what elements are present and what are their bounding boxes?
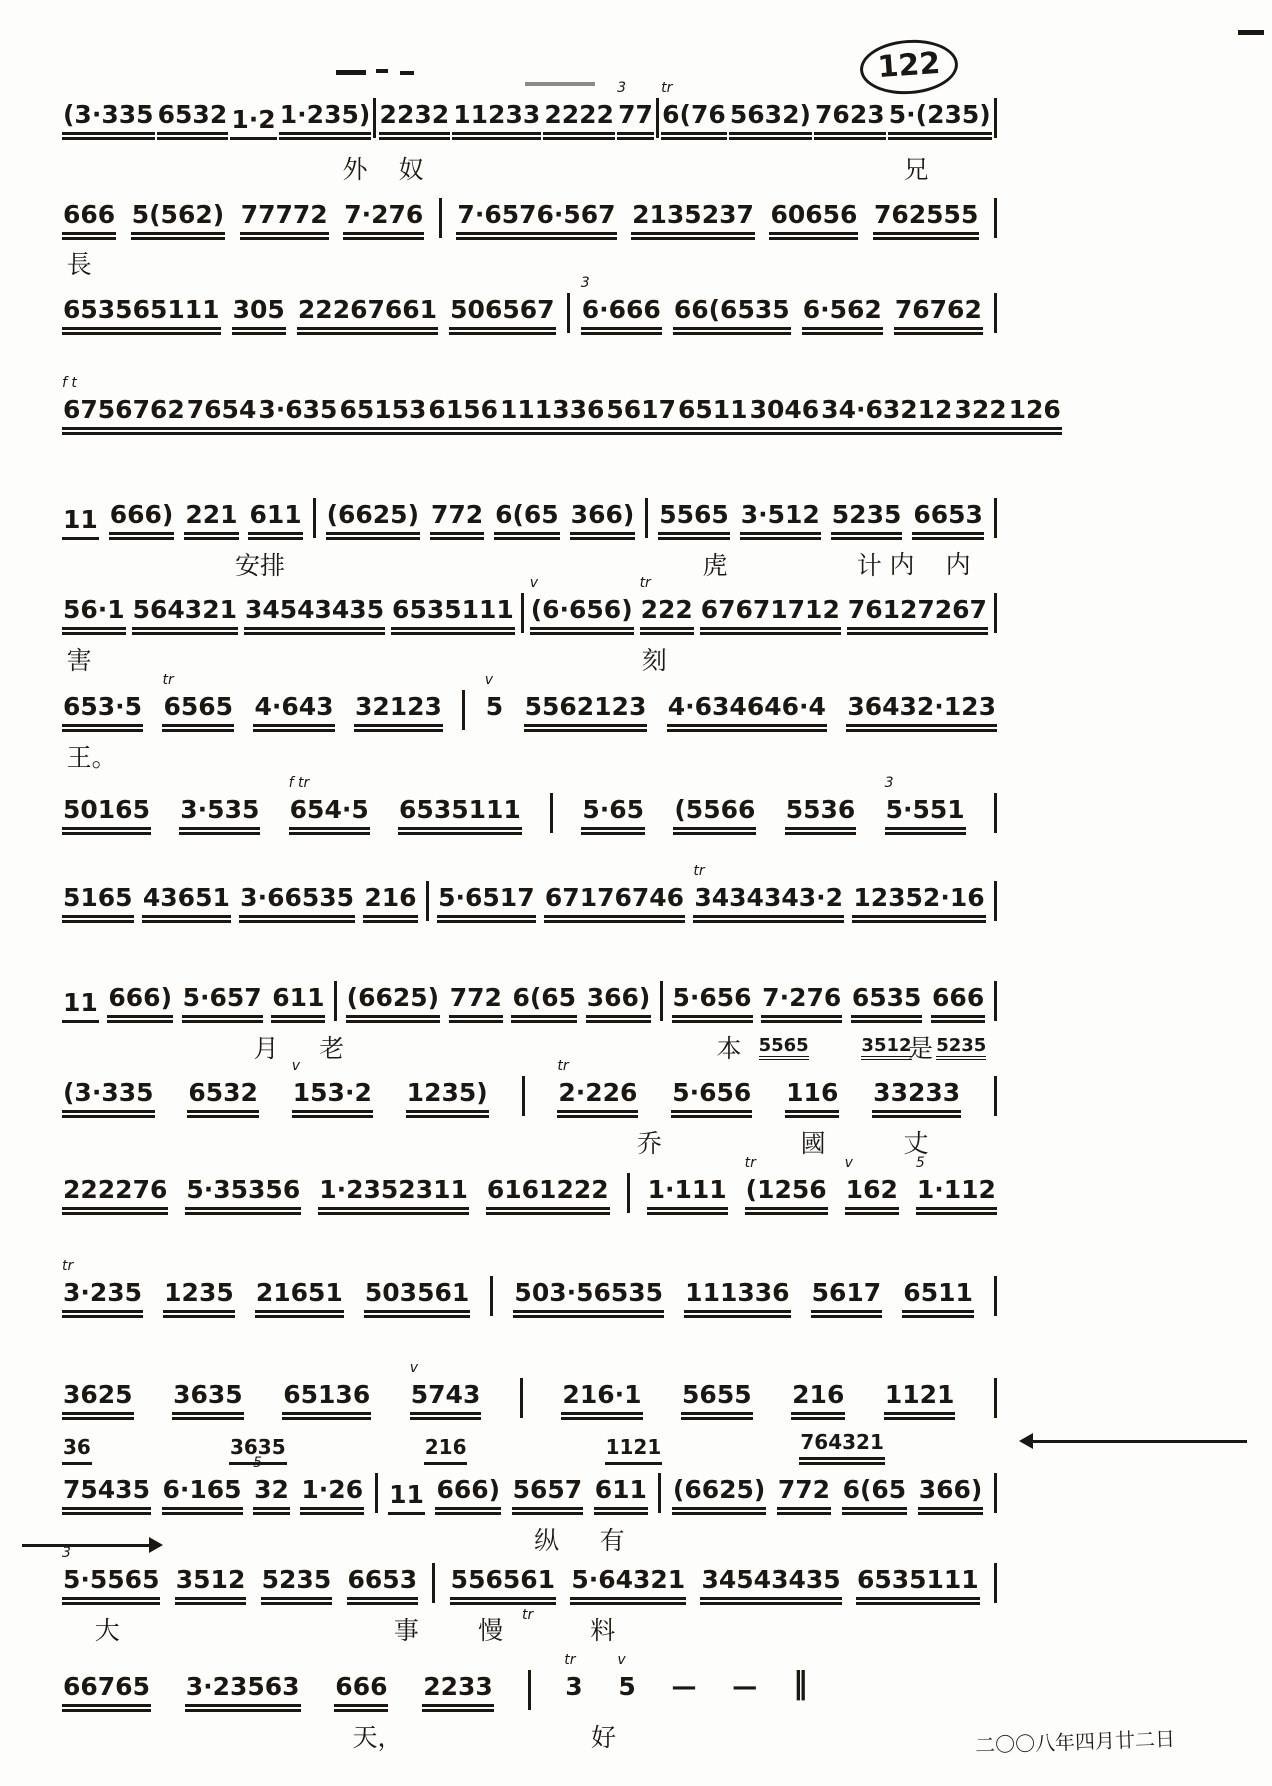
barline	[522, 1076, 525, 1116]
note-group: 6756762f t	[62, 395, 186, 435]
note-group: 773	[617, 100, 654, 140]
ornament-mark: tr	[640, 575, 651, 591]
note-group: 1121	[605, 1435, 663, 1465]
ornament-mark: 3	[617, 80, 626, 96]
note-group: 6535	[851, 983, 923, 1023]
note-group: 1·111	[647, 1175, 728, 1215]
note-group: 325	[253, 1475, 290, 1515]
note-group: 2135237	[631, 200, 755, 240]
lyric-annotation: 是	[908, 1029, 933, 1065]
note-group: 11	[388, 1480, 425, 1515]
score-line: 667653·2356366622333tr5v——‖天，好	[62, 1668, 807, 1712]
note-group: 366)	[918, 1475, 984, 1515]
final-barline: ‖	[792, 1666, 807, 1712]
ornament-mark: tr	[564, 1652, 575, 1668]
note-group: 6·6663	[581, 295, 662, 335]
note-group: 772	[777, 1475, 831, 1515]
barline	[373, 98, 376, 138]
ornament-mark: v	[410, 1360, 418, 1376]
note-group: 32123	[354, 692, 443, 732]
score-line: 11666)221611(6625)7726(65366)55653·51252…	[62, 496, 997, 540]
note-group: 6532	[187, 1078, 259, 1118]
ornament-mark: 3	[581, 275, 590, 291]
barline	[994, 98, 997, 138]
ornament-mark: tr	[661, 80, 672, 96]
ornament-mark: 3	[62, 1545, 71, 1561]
note-group: 216	[791, 1380, 845, 1420]
note-group: 36	[62, 1435, 92, 1465]
note-group: 4·634646·4	[667, 692, 827, 732]
barline	[656, 98, 659, 138]
ornament-mark: tr	[162, 672, 173, 688]
note-group: 6(65	[494, 500, 560, 540]
barline	[521, 593, 524, 633]
note-group: 67176746	[544, 883, 685, 923]
note-group: 6·562	[802, 295, 883, 335]
note-group: 611	[248, 500, 302, 540]
note-group: (3·335	[62, 1078, 155, 1118]
lyric-annotation: 乔	[637, 1124, 662, 1160]
score-line: 6665(562)777727·2767·6576·56721352376065…	[62, 196, 997, 240]
note-group: 6511	[902, 1278, 974, 1318]
score-line: 6756762f t76543·635651536156111336561765…	[62, 391, 997, 435]
note-group: 5617	[811, 1278, 883, 1318]
note-group: 6535111	[398, 795, 522, 835]
note-group: 1·235)	[279, 100, 372, 140]
note-group: 5·(235)	[888, 100, 992, 140]
barline	[490, 1276, 493, 1316]
note-group: 654·5f tr	[289, 795, 370, 835]
barline	[994, 881, 997, 921]
score-line: (3·3356532153·2v1235)2·226tr5·6561163323…	[62, 1074, 997, 1118]
ornament-mark: 5	[253, 1455, 262, 1471]
note-group: 153·2v	[292, 1078, 373, 1118]
note-group: 6156	[427, 395, 499, 435]
score-line: 754356·1653251·2611666)5657611(6625)7726…	[62, 1471, 997, 1515]
note-group: 6565tr	[162, 692, 234, 732]
note-group: 221	[184, 500, 238, 540]
note-group: 653565111	[62, 295, 221, 335]
ornament-mark: v	[845, 1155, 853, 1171]
note-group: 222tr	[640, 595, 694, 635]
barline	[994, 793, 997, 833]
note-group: 3635	[172, 1380, 244, 1420]
ornament-mark: 5	[916, 1155, 925, 1171]
barline	[994, 981, 997, 1021]
note-group: 7623	[814, 100, 886, 140]
note-group: 3·66535	[239, 883, 355, 923]
note-group: 2233	[422, 1672, 494, 1712]
note-group: 76762	[894, 295, 983, 335]
note-group: 7·276	[761, 983, 842, 1023]
ornament-mark: f t	[62, 375, 77, 391]
barline	[994, 198, 997, 238]
lyric-annotation: 纵	[534, 1521, 559, 1557]
score-line: 11666)5·657611(6625)7726(65366)5·6567·27…	[62, 979, 997, 1023]
note-group: 36432·123	[846, 692, 997, 732]
arrow-left	[1022, 1440, 1247, 1443]
lyric-annotation: 本	[717, 1029, 742, 1065]
note-group: 1·26	[300, 1475, 364, 1515]
note-group: 126	[1008, 395, 1062, 435]
variant-notes: 3512	[861, 1035, 911, 1060]
note-group: 216	[363, 883, 417, 923]
note-group: 5655	[681, 1380, 753, 1420]
note-group: 34·63212	[820, 395, 953, 435]
score-line: 36253635651365743v216·156552161121	[62, 1376, 997, 1420]
barline	[462, 690, 465, 730]
note-group: 305	[232, 295, 286, 335]
note-group: 5·656	[671, 1078, 752, 1118]
lyric-annotation: 兄	[904, 150, 929, 186]
note-group: 3tr	[564, 1672, 583, 1712]
note-group: 611	[594, 1475, 648, 1515]
score-line: 2222765·353561·235231161612221·111(1256t…	[62, 1171, 997, 1215]
note-group: 216·1	[561, 1380, 642, 1420]
note-group: (6625)	[346, 983, 440, 1023]
barline	[994, 1378, 997, 1418]
note-group: 611	[271, 983, 325, 1023]
barline	[645, 498, 648, 538]
note-group: 6·165	[162, 1475, 243, 1515]
note-group: 56·1	[62, 595, 126, 635]
note-group: 772	[430, 500, 484, 540]
note-group: 503·56535	[513, 1278, 664, 1318]
note-group: 6532	[157, 100, 229, 140]
note-group: 116	[785, 1078, 839, 1118]
score-line: 5165436513·665352165·6517671767463434343…	[62, 879, 997, 923]
note-group: 1121	[884, 1380, 956, 1420]
note-group: 6653	[347, 1565, 419, 1605]
lyric-annotation: 國	[801, 1124, 826, 1160]
note-group: 3512	[175, 1565, 247, 1605]
note-group: 3·635	[257, 395, 338, 435]
note-group: 666)	[107, 983, 173, 1023]
lyric-annotation: tr	[522, 1607, 533, 1623]
note-group: 5·65	[581, 795, 645, 835]
note-group: 772	[449, 983, 503, 1023]
note-group: 11	[62, 988, 99, 1023]
score-line: (3·33565321·21·235)22321123322227736(76t…	[62, 96, 997, 140]
ornament-mark: v	[530, 575, 538, 591]
note-group: 34543435	[700, 1565, 841, 1605]
lyric-annotation: 事	[394, 1611, 419, 1647]
note-group: 162v	[845, 1175, 899, 1215]
barline	[432, 1563, 435, 1603]
note-group: 2232	[379, 100, 451, 140]
barline	[528, 1670, 531, 1710]
note-group: 222276	[62, 1175, 168, 1215]
ornament-mark: tr	[745, 1155, 756, 1171]
note-group: 556561	[450, 1565, 556, 1605]
scanned-score-page: 122 (3·33565321·21·235)22321123322227736…	[0, 0, 1272, 1786]
note-group: 21651	[255, 1278, 344, 1318]
lyric-annotation: 大	[95, 1611, 120, 1647]
note-group: (1256tr	[745, 1175, 828, 1215]
lyric-annotation: 月	[254, 1029, 279, 1065]
note-group: 666)	[435, 1475, 501, 1515]
ornament-mark: f tr	[289, 775, 310, 791]
note-group: 5·656	[672, 983, 753, 1023]
note-group: 666)	[109, 500, 175, 540]
note-group: 7654	[186, 395, 258, 435]
barline	[567, 293, 570, 333]
barline	[994, 293, 997, 333]
note-group: 4·643	[253, 692, 334, 732]
note-group: 6(65	[511, 983, 577, 1023]
note-group: 762555	[873, 200, 979, 240]
note-group: 764321	[799, 1430, 885, 1465]
barline	[660, 981, 663, 1021]
lyric-annotation: 计	[857, 546, 882, 582]
ornament-mark: tr	[62, 1258, 73, 1274]
note-group: 2222	[543, 100, 615, 140]
note-group: 366)	[586, 983, 652, 1023]
barline	[994, 1076, 997, 1116]
arrow-right	[22, 1544, 160, 1547]
score-line: 3636352161121764321	[62, 1431, 1247, 1465]
note-group: 5617	[605, 395, 677, 435]
barline	[994, 498, 997, 538]
note-group: 5536	[785, 795, 857, 835]
ornament-mark: v	[292, 1058, 300, 1074]
note-group: 6161222	[486, 1175, 610, 1215]
barline	[550, 793, 553, 833]
score-line: 653·56565tr4·643321235v55621234·634646·4…	[62, 688, 997, 732]
note-group: 67671712	[700, 595, 841, 635]
note-group: 50165	[62, 795, 151, 835]
ornament-mark: v	[485, 672, 493, 688]
note-group: 6(76tr	[661, 100, 727, 140]
note-group: 1·1125	[916, 1175, 997, 1215]
lyric-annotation: 刻	[642, 641, 667, 677]
note-group: 22267661	[297, 295, 438, 335]
note-group: —	[670, 1672, 697, 1712]
note-group: 76127267	[847, 595, 988, 635]
note-group: 5235	[261, 1565, 333, 1605]
lyric-annotation: 慢	[478, 1611, 503, 1647]
note-group: (6625)	[672, 1475, 766, 1515]
lyric-annotation: 奴	[399, 150, 424, 186]
note-group: 65136	[282, 1380, 371, 1420]
lyric-annotation: 外	[343, 150, 368, 186]
note-group: 6535111	[856, 1565, 980, 1605]
note-group: 322	[953, 395, 1007, 435]
note-group: 3·23563	[185, 1672, 301, 1712]
note-group: 5v	[617, 1672, 636, 1712]
barline	[426, 881, 429, 921]
barline	[627, 1173, 630, 1213]
note-group: 66765	[62, 1672, 151, 1712]
note-group: 34543435	[244, 595, 385, 635]
note-group: 77772	[240, 200, 329, 240]
note-group: 1·2	[230, 105, 276, 140]
note-group: 6535111	[391, 595, 515, 635]
score-line: 501653·535654·5f tr65351115·65(556655365…	[62, 791, 997, 835]
note-group: 1235)	[406, 1078, 489, 1118]
note-group: 5v	[485, 692, 504, 732]
lyric-annotation: 虎	[702, 546, 727, 582]
variant-notes: 5565	[759, 1035, 809, 1060]
note-group: 216	[424, 1435, 468, 1465]
note-group: 3046	[749, 395, 821, 435]
note-group: 653·5	[62, 692, 143, 732]
score-line: 653565111305222676615065676·666366(65356…	[62, 291, 997, 335]
lyric-annotation: 長	[67, 245, 92, 281]
score: (3·33565321·21·235)22321123322227736(76t…	[0, 0, 1272, 1786]
note-group: 5165	[62, 883, 134, 923]
barline	[994, 1276, 997, 1316]
note-group: 2·226tr	[557, 1078, 638, 1118]
note-group: 5·55653	[62, 1565, 160, 1605]
note-group: (3·335	[62, 100, 155, 140]
note-group: 366)	[570, 500, 636, 540]
note-group: (6625)	[326, 500, 420, 540]
note-group: 6511	[677, 395, 749, 435]
note-group: 5·64321	[570, 1565, 686, 1605]
note-group: 11	[62, 505, 99, 540]
note-group: 5743v	[410, 1380, 482, 1420]
lyric-annotation: 害	[67, 641, 92, 677]
ornament-mark: tr	[693, 863, 704, 879]
barline	[994, 593, 997, 633]
note-group: 5565	[658, 500, 730, 540]
note-group: 5562123	[524, 692, 648, 732]
note-group: 43651	[142, 883, 231, 923]
barline	[313, 498, 316, 538]
lyric-annotation: 内	[889, 545, 914, 581]
note-group: 111336	[684, 1278, 790, 1318]
note-group: 1235	[163, 1278, 235, 1318]
note-group: 5632)	[729, 100, 812, 140]
lyric-annotation: 老	[319, 1029, 344, 1065]
ornament-mark: tr	[557, 1058, 568, 1074]
lyric-annotation: 有	[600, 1521, 625, 1557]
barline	[375, 1473, 378, 1513]
note-group: 5·6517	[437, 883, 535, 923]
note-group: 3·512	[740, 500, 821, 540]
score-line: 56·1564321345434356535111(6·656)v222tr67…	[62, 591, 997, 635]
note-group: 6653	[912, 500, 984, 540]
note-group: 3·535	[179, 795, 260, 835]
barline	[994, 1473, 997, 1513]
note-group: 65153	[338, 395, 427, 435]
note-group: 5·5513	[885, 795, 966, 835]
barline	[439, 198, 442, 238]
ornament-mark: 3	[885, 775, 894, 791]
lyric-annotation: 内	[946, 545, 971, 581]
note-group: 5·657	[182, 983, 263, 1023]
note-group: 1·2352311	[318, 1175, 469, 1215]
note-group: 6(65	[842, 1475, 908, 1515]
score-line: 3·235tr123521651503561503·56535111336561…	[62, 1274, 997, 1318]
note-group: 5(562)	[131, 200, 225, 240]
note-group: 60656	[769, 200, 858, 240]
note-group: 5·35356	[185, 1175, 301, 1215]
note-group: 11233	[452, 100, 541, 140]
barline	[658, 1473, 661, 1513]
ornament-mark: v	[617, 1652, 625, 1668]
note-group: 666	[62, 200, 116, 240]
note-group: 666	[334, 1672, 388, 1712]
note-group: 12352·16	[852, 883, 985, 923]
note-group: (5566	[673, 795, 756, 835]
lyric-annotation: 好	[591, 1718, 616, 1754]
note-group: 666	[931, 983, 985, 1023]
note-group: 66(6535	[673, 295, 791, 335]
note-group: 3434343·2tr	[693, 883, 844, 923]
note-group: 564321	[132, 595, 238, 635]
note-group: 5235	[831, 500, 903, 540]
score-line: 5·556533512523566535565615·6432134543435…	[62, 1561, 997, 1605]
barline	[520, 1378, 523, 1418]
note-group: 3·235tr	[62, 1278, 143, 1318]
variant-notes: 5235	[936, 1035, 986, 1060]
note-group: 7·6576·567	[456, 200, 616, 240]
note-group: 33233	[872, 1078, 961, 1118]
lyric-annotation: 天，	[353, 1718, 403, 1754]
note-group: 503561	[364, 1278, 470, 1318]
lyric-annotation: 安排	[235, 546, 285, 582]
note-group: 3625	[62, 1380, 134, 1420]
note-group: (6·656)v	[530, 595, 634, 635]
note-group: 506567	[449, 295, 555, 335]
note-group: 7·276	[343, 200, 424, 240]
barline	[994, 1563, 997, 1603]
note-group: 75435	[62, 1475, 151, 1515]
lyric-annotation: 王。	[67, 738, 117, 774]
barline	[334, 981, 337, 1021]
note-group: —	[731, 1672, 758, 1712]
note-group: 111336	[499, 395, 605, 435]
lyric-annotation: 料	[590, 1611, 615, 1647]
note-group: 5657	[512, 1475, 584, 1515]
